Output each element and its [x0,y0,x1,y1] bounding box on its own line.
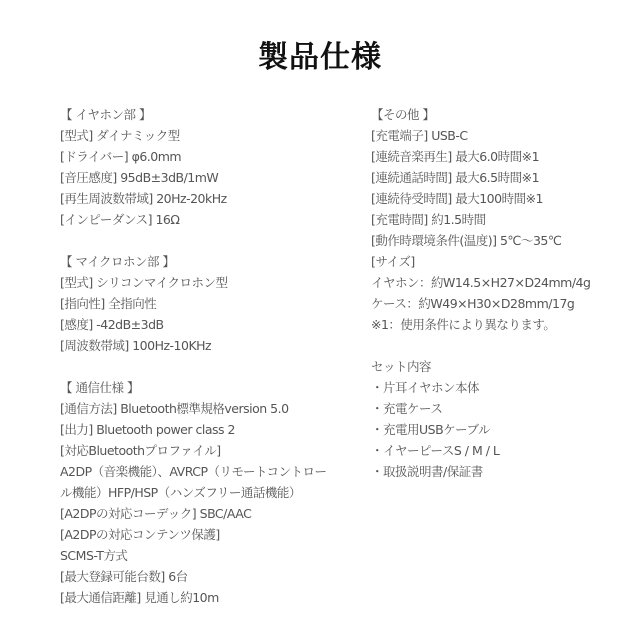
footnote: ※1：使用条件により異なります。 [371,314,631,335]
spec-line: [A2DPの対応コーデック] SBC/AAC [60,503,350,524]
spec-line: [再生周波数帯域] 20Hz-20kHz [60,188,350,209]
spec-line: [連続通話時間] 最大6.5時間※1 [371,167,631,188]
section-spacer [371,335,631,356]
spec-line: [連続待受時間] 最大100時間※1 [371,188,631,209]
page-title: 製品仕様 [0,32,640,76]
spec-line: [動作時環境条件(温度)] 5℃～35℃ [371,230,631,251]
spec-line: [連続音楽再生] 最大6.0時間※1 [371,146,631,167]
section-spacer [60,230,350,251]
package-item: ・充電用USBケーブル [371,419,631,440]
right-spec-column: 【その他 】 [充電端子] USB-C [連続音楽再生] 最大6.0時間※1 [… [371,104,631,482]
package-item: ・取扱説明書/保証書 [371,461,631,482]
spec-line: [通信方法] Bluetooth標準規格version 5.0 [60,398,350,419]
other-heading: 【その他 】 [371,104,631,125]
other-section: 【その他 】 [充電端子] USB-C [連続音楽再生] 最大6.0時間※1 [… [371,104,631,335]
package-item: ・イヤーピースS / M / L [371,440,631,461]
spec-line: [最大通信距離] 見通し約10m [60,587,350,608]
spec-line: A2DP（音楽機能）、AVRCP（リモートコントロー [60,461,350,482]
spec-line: [型式] シリコンマイクロホン型 [60,272,350,293]
spec-line: ル機能）HFP/HSP（ハンズフリー通話機能） [60,482,350,503]
spec-line: [感度] -42dB±3dB [60,314,350,335]
spec-line: [音圧感度] 95dB±3dB/1mW [60,167,350,188]
spec-line: [インピーダンス] 16Ω [60,209,350,230]
spec-line: イヤホン：約W14.5×H27×D24mm/4g [371,272,631,293]
spec-line: [対応Bluetoothプロファイル] [60,440,350,461]
spec-line: ケース：約W49×H30×D28mm/17g [371,293,631,314]
left-spec-column: 【 イヤホン部 】 [型式] ダイナミック型 [ドライバー] φ6.0mm [音… [60,104,350,608]
earphone-heading: 【 イヤホン部 】 [60,104,350,125]
communication-heading: 【 通信仕様 】 [60,377,350,398]
package-heading: セット内容 [371,356,631,377]
microphone-heading: 【 マイクロホン部 】 [60,251,350,272]
spec-line: [出力] Bluetooth power class 2 [60,419,350,440]
communication-section: 【 通信仕様 】 [通信方法] Bluetooth標準規格version 5.0… [60,377,350,608]
package-item: ・充電ケース [371,398,631,419]
spec-line: [A2DPの対応コンテンツ保護] [60,524,350,545]
spec-line: [指向性] 全指向性 [60,293,350,314]
spec-line: [充電時間] 約1.5時間 [371,209,631,230]
spec-line: [サイズ] [371,251,631,272]
earphone-section: 【 イヤホン部 】 [型式] ダイナミック型 [ドライバー] φ6.0mm [音… [60,104,350,230]
package-item: ・片耳イヤホン本体 [371,377,631,398]
microphone-section: 【 マイクロホン部 】 [型式] シリコンマイクロホン型 [指向性] 全指向性 … [60,251,350,356]
package-section: セット内容 ・片耳イヤホン本体 ・充電ケース ・充電用USBケーブル ・イヤーピ… [371,356,631,482]
spec-line: [型式] ダイナミック型 [60,125,350,146]
spec-line: SCMS-T方式 [60,545,350,566]
spec-line: [充電端子] USB-C [371,125,631,146]
section-spacer [60,356,350,377]
spec-line: [ドライバー] φ6.0mm [60,146,350,167]
spec-line: [周波数帯域] 100Hz-10KHz [60,335,350,356]
spec-line: [最大登録可能台数] 6台 [60,566,350,587]
